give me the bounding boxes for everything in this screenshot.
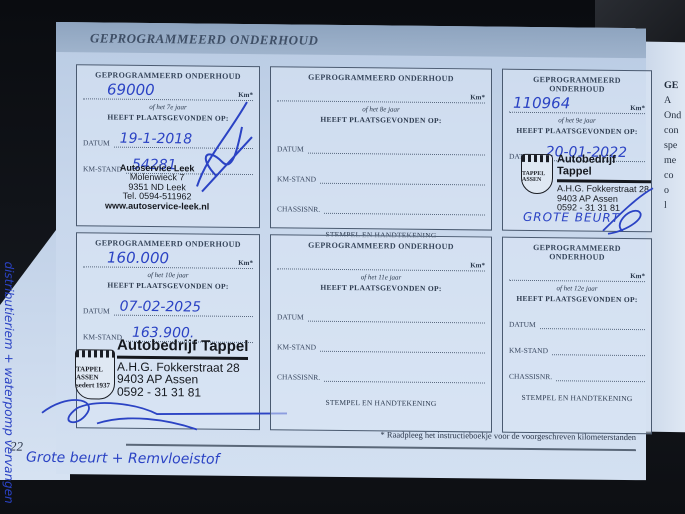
tappel-badge-logo: TAPPEL ASSEN sedert 1937: [75, 349, 115, 399]
dealer-stamp: Autobedrijf Tappel A.H.G. Fokkerstraat 2…: [557, 154, 651, 213]
footer-rule: [126, 444, 636, 451]
chassisnr-label: CHASSISNR.: [509, 372, 552, 381]
km-target-value: 110964: [513, 94, 570, 113]
km-stand-field: KM-STAND: [509, 341, 645, 356]
datum-value: 07-02-2025: [120, 299, 201, 316]
km-target-value: 69000: [107, 81, 155, 99]
km-unit: Km*: [630, 272, 645, 280]
tappel-badge-logo: TAPPEL ASSEN: [521, 154, 553, 194]
datum-label: DATUM: [277, 312, 304, 321]
handwritten-note: GROTE BEURT: [523, 210, 620, 225]
km-target-field: Km*: [509, 265, 645, 282]
chassisnr-label: CHASSISNR.: [277, 372, 320, 381]
year-line: of het 8e jaar: [277, 104, 485, 114]
card-title: GEPROGRAMMEERD ONDERHOUD: [277, 72, 485, 83]
km-unit: Km*: [470, 261, 485, 269]
page-title: GEPROGRAMMEERD ONDERHOUD: [90, 30, 318, 48]
km-target-field: Km*: [277, 253, 485, 271]
stamp-phone: 0592 - 31 31 81: [117, 386, 248, 400]
side-handwritten-note: distributieriem + waterpomp vervangen: [2, 261, 16, 503]
card-title: GEPROGRAMMEERD ONDERHOUD: [509, 75, 645, 94]
datum-field: DATUM: [277, 139, 485, 155]
datum-value: 19-1-2018: [120, 131, 192, 148]
km-stand-label: KM-STAND: [509, 346, 548, 355]
facing-page-text: GE A Ond con spe me co o l: [664, 78, 681, 213]
year-line: of het 11e jaar: [277, 272, 485, 282]
record-card-year-9: GEPROGRAMMEERD ONDERHOUD 110964 Km* of h…: [502, 69, 652, 233]
bottom-handwritten-note: Grote beurt + Remvloeistof: [26, 450, 219, 468]
km-stand-field: KM-STAND: [277, 337, 485, 353]
booklet-page: GEPROGRAMMEERD ONDERHOUD GEPROGRAMMEERD …: [56, 22, 646, 480]
km-unit: Km*: [630, 104, 645, 112]
datum-label: DATUM: [509, 320, 536, 329]
stamp-name: Autobedrijf Tappel: [557, 154, 651, 178]
year-line: of het 9e jaar: [509, 116, 645, 125]
maintenance-grid: GEPROGRAMMEERD ONDERHOUD 69000 Km* of he…: [76, 64, 632, 432]
km-unit: Km*: [470, 93, 485, 101]
datum-field: DATUM: [509, 315, 645, 330]
dealer-stamp: Autoservice Leek Molenwieck 7 9351 ND Le…: [105, 164, 209, 212]
chassisnr-label: CHASSISNR.: [277, 204, 320, 213]
km-stand-label: KM-STAND: [277, 174, 316, 183]
card-title: GEPROGRAMMEERD ONDERHOUD: [83, 70, 253, 81]
record-card-year-8: GEPROGRAMMEERD ONDERHOUD Km* of het 8e j…: [270, 66, 492, 230]
heeft-label: HEEFT PLAATSGEVONDEN OP:: [509, 126, 645, 136]
km-unit: Km*: [238, 91, 253, 99]
chassisnr-field: CHASSISNR.: [277, 367, 485, 383]
heeft-label: HEEFT PLAATSGEVONDEN OP:: [509, 294, 645, 304]
km-target-field: 69000 Km*: [83, 83, 253, 101]
km-stand-label: KM-STAND: [277, 342, 316, 351]
datum-field: DATUM 19-1-2018: [83, 133, 253, 149]
heeft-label: HEEFT PLAATSGEVONDEN OP:: [83, 112, 253, 123]
card-title: GEPROGRAMMEERD ONDERHOUD: [83, 238, 253, 249]
record-card-year-7: GEPROGRAMMEERD ONDERHOUD 69000 Km* of he…: [76, 64, 260, 228]
chassisnr-field: CHASSISNR.: [277, 199, 485, 215]
km-target-field: 110964 Km*: [509, 97, 645, 114]
record-card-year-11: GEPROGRAMMEERD ONDERHOUD Km* of het 11e …: [270, 234, 492, 432]
stamp-name: Autobedrijf Tappel: [117, 338, 248, 355]
km-unit: Km*: [238, 259, 253, 267]
heeft-label: HEEFT PLAATSGEVONDEN OP:: [277, 114, 485, 125]
stamp-web: www.autoservice-leek.nl: [105, 201, 209, 212]
stempel-label: STEMPEL EN HANDTEKENING: [277, 397, 485, 408]
km-target-field: 160.000 Km*: [83, 251, 253, 269]
year-line: of het 12e jaar: [509, 284, 645, 293]
km-target-field: Km*: [277, 85, 485, 103]
card-title: GEPROGRAMMEERD ONDERHOUD: [509, 243, 645, 262]
heeft-label: HEEFT PLAATSGEVONDEN OP:: [277, 282, 485, 293]
footnote: * Raadpleeg het instructieboekje voor de…: [381, 429, 636, 442]
stempel-label: STEMPEL EN HANDTEKENING: [509, 393, 645, 403]
datum-label: DATUM: [277, 144, 304, 153]
record-card-year-12: GEPROGRAMMEERD ONDERHOUD Km* of het 12e …: [502, 237, 652, 435]
datum-field: DATUM: [277, 307, 485, 323]
datum-label: DATUM: [83, 138, 110, 147]
year-line: of het 7e jaar: [83, 102, 253, 112]
header-band: GEPROGRAMMEERD ONDERHOUD: [56, 22, 646, 58]
year-line: of het 10e jaar: [83, 270, 253, 280]
datum-label: DATUM: [83, 306, 110, 315]
datum-field: DATUM 07-02-2025: [83, 301, 253, 317]
heeft-label: HEEFT PLAATSGEVONDEN OP:: [83, 280, 253, 291]
km-target-value: 160.000: [107, 249, 169, 268]
chassisnr-field: CHASSISNR.: [509, 367, 645, 382]
record-card-year-10: GEPROGRAMMEERD ONDERHOUD 160.000 Km* of …: [76, 232, 260, 430]
km-stand-field: KM-STAND: [277, 169, 485, 185]
card-title: GEPROGRAMMEERD ONDERHOUD: [277, 240, 485, 251]
dealer-stamp: Autobedrijf Tappel A.H.G. Fokkerstraat 2…: [117, 338, 248, 400]
